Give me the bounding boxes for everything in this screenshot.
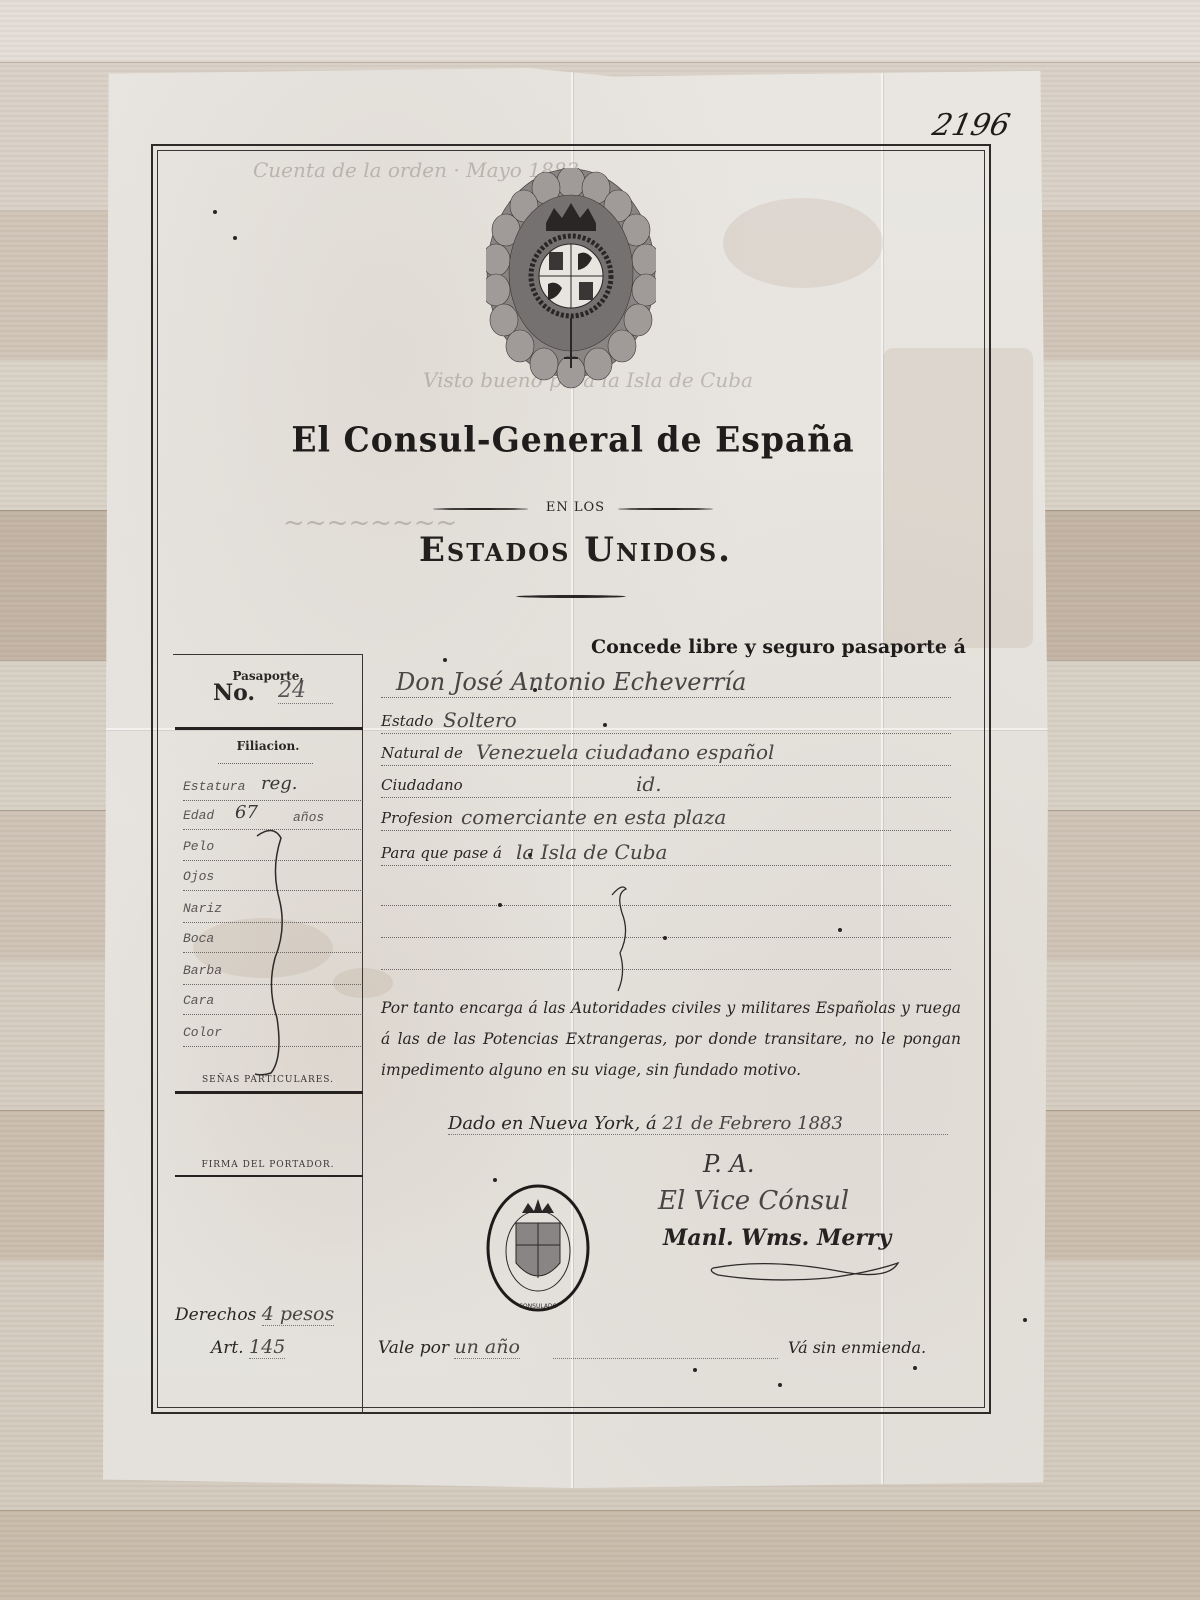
foxing-spot	[693, 1368, 697, 1372]
issue-de: de	[691, 1113, 713, 1134]
fees-value: 4 pesos	[262, 1303, 334, 1326]
validity-label: Vale por	[378, 1338, 449, 1358]
signature-pa: P. A.	[703, 1150, 755, 1178]
field-label: Boca	[183, 931, 214, 946]
article-value: 145	[249, 1336, 285, 1359]
field-label: Estado	[381, 712, 433, 730]
ditto-stroke-icon	[608, 883, 638, 993]
no-amendments-note: Vá sin enmienda.	[788, 1338, 926, 1357]
foxing-spot	[493, 1178, 497, 1182]
validity-value: un año	[454, 1336, 520, 1359]
foxing-spot	[1023, 1318, 1027, 1322]
passport-document: Cuenta de la orden · Mayo 1883 Visto bue…	[103, 68, 1048, 1488]
field-destino: Para que pase á la Isla de Cuba	[381, 836, 951, 866]
foxing-spot	[533, 688, 537, 692]
divider	[218, 763, 313, 764]
field-label: Color	[183, 1025, 222, 1040]
field-edad: Edad 67 años	[183, 808, 361, 830]
field-value: la Isla de Cuba	[516, 840, 667, 864]
field-estatura: Estatura reg.	[183, 779, 361, 801]
field-value: Soltero	[443, 708, 517, 732]
ditto-brace-icon	[253, 828, 289, 1078]
issue-day: 21	[662, 1113, 685, 1134]
field-label: Para que pase á	[381, 844, 502, 862]
field-estado: Estado Soltero	[381, 704, 951, 734]
field-label: Pelo	[183, 839, 214, 854]
blank-line	[381, 912, 951, 938]
issue-line: Dado en Nueva York, á 21 de Febrero 1883	[448, 1113, 948, 1135]
field-value: id.	[636, 772, 662, 796]
filiacion-heading: Filiacion.	[173, 739, 363, 753]
signature-name: Manl. Wms. Merry	[663, 1225, 891, 1251]
field-natural: Natural de Venezuela ciudadano español	[381, 736, 951, 766]
foxing-spot	[498, 903, 502, 907]
field-label: Nariz	[183, 901, 222, 916]
grant-line: Concede libre y seguro pasaporte á	[591, 636, 966, 658]
subtitle-small: EN LOS	[103, 500, 1048, 515]
issue-year: 1883	[797, 1113, 843, 1134]
field-value: 67	[235, 802, 258, 823]
foxing-spot	[913, 1366, 917, 1370]
article-label: Art.	[211, 1338, 244, 1358]
issue-place: Nueva York,	[529, 1113, 640, 1134]
request-paragraph: Por tanto encarga á las Autoridades civi…	[381, 993, 961, 1086]
foxing-spot	[663, 936, 667, 940]
field-value: reg.	[261, 773, 298, 794]
dotted-line	[553, 1358, 778, 1359]
document-title: El Consul-General de España	[213, 419, 933, 460]
signature-flourish-icon	[708, 1253, 908, 1293]
article-line: Art. 145	[211, 1336, 285, 1358]
field-label: Estatura	[183, 779, 245, 794]
issue-prefix: Dado en	[448, 1113, 524, 1134]
royal-coat-of-arms-icon	[486, 168, 656, 396]
issue-month: Febrero	[719, 1113, 791, 1134]
signature-title: El Vice Cónsul	[658, 1186, 849, 1216]
blank-line	[381, 880, 951, 906]
consular-seal-icon: CONSULADO	[486, 1183, 591, 1313]
field-label: Profesion	[381, 809, 453, 827]
fees-label: Derechos	[175, 1305, 256, 1325]
board-seam	[0, 1510, 1200, 1511]
field-suffix: años	[293, 810, 324, 825]
foxing-spot	[778, 1383, 782, 1387]
field-label: Natural de	[381, 744, 463, 762]
field-profesion: Profesion comerciante en esta plaza	[381, 801, 951, 831]
passport-heading: Pasaporte,	[173, 669, 363, 683]
ornamental-rule	[618, 508, 713, 510]
foxing-spot	[443, 658, 447, 662]
field-ciudadano: Ciudadano id.	[381, 768, 951, 798]
fees-line: Derechos 4 pesos	[175, 1303, 334, 1325]
document-number: 2196	[929, 108, 1013, 143]
firma-heading: FIRMA DEL PORTADOR.	[173, 1160, 363, 1170]
foxing-spot	[838, 928, 842, 932]
field-label: Barba	[183, 963, 222, 978]
ornamental-divider	[516, 595, 626, 598]
field-label: Ojos	[183, 869, 214, 884]
validity-line: Vale por un año	[378, 1336, 778, 1358]
holder-name: Don José Antonio Echeverría	[396, 668, 746, 696]
divider	[175, 727, 363, 730]
field-label: Edad	[183, 808, 214, 823]
divider	[175, 1175, 363, 1177]
passport-number-label: No.	[213, 680, 255, 706]
field-label: Cara	[183, 993, 214, 1008]
foxing-spot	[233, 236, 237, 240]
field-value: comerciante en esta plaza	[461, 805, 726, 829]
field-value: Venezuela ciudadano español	[476, 740, 774, 764]
foxing-spot	[648, 748, 652, 752]
passport-number-value: 24	[278, 678, 333, 704]
foxing-spot	[603, 723, 607, 727]
holder-name-line: Don José Antonio Echeverría	[381, 668, 951, 698]
svg-text:CONSULADO: CONSULADO	[519, 1303, 558, 1310]
divider	[175, 1091, 363, 1094]
blank-line	[381, 944, 951, 970]
issue-date-prefix: á	[646, 1113, 657, 1134]
board-seam	[0, 62, 1200, 63]
field-label: Ciudadano	[381, 776, 463, 794]
foxing-spot	[213, 210, 217, 214]
foxing-spot	[528, 853, 532, 857]
subtitle-large: Estados Unidos.	[103, 530, 1048, 570]
